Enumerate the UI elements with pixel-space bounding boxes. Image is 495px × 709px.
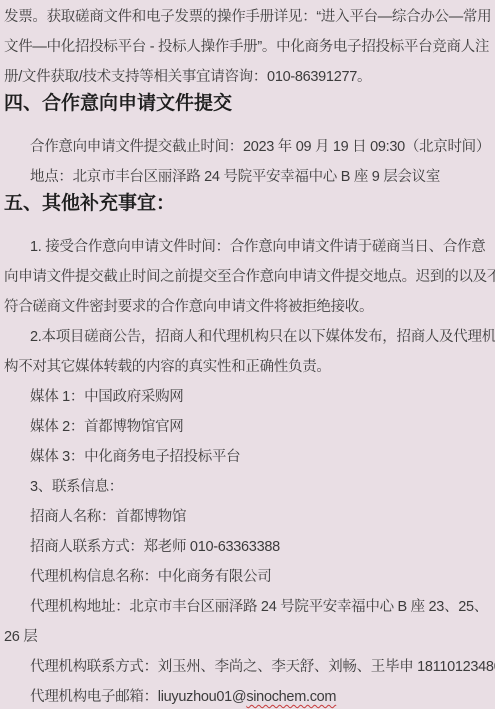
note-2-line-2: 构不对其它媒体转载的内容的真实性和正确性负责。	[4, 352, 491, 382]
note-1-line-2: 向申请文件提交截止时间之前提交至合作意向申请文件提交地点。迟到的以及不	[4, 262, 491, 292]
file-obtain-paragraph-line-2: 文件—中化招投标平台 - 投标人操作手册”。中化商务电子招投标平台竞商人注	[4, 32, 491, 62]
document-page: 发票。获取磋商文件和电子发票的操作手册详见：“进入平台—综合办公—常用 文件—中…	[0, 0, 495, 709]
submission-deadline-line: 合作意向申请文件提交截止时间：2023 年 09 月 19 日 09:30（北京…	[4, 132, 491, 162]
file-obtain-paragraph-line-3: 册/文件获取/技术支持等相关事宜请咨询：010-86391277。	[4, 62, 491, 92]
section-heading-5-supplementary: 五、其他补充事宜：	[4, 192, 491, 232]
agency-name-line: 代理机构信息名称：中化商务有限公司	[4, 562, 491, 592]
agency-email-domain-spellcheck: sinochem.com	[246, 689, 336, 705]
file-obtain-paragraph-line-1: 发票。获取磋商文件和电子发票的操作手册详见：“进入平台—综合办公—常用	[4, 2, 491, 32]
agency-contact-line: 代理机构联系方式：刘玉州、李尚之、李天舒、刘畅、王毕申 18110123480	[4, 652, 491, 682]
submission-location-line: 地点：北京市丰台区丽泽路 24 号院平安幸福中心 B 座 9 层会议室	[4, 162, 491, 192]
media-item-2: 媒体 2：首都博物馆官网	[4, 412, 491, 442]
contact-info-subheading: 3、联系信息：	[4, 472, 491, 502]
agency-email-line: 代理机构电子邮箱：liuyuzhou01@sinochem.com	[4, 682, 491, 709]
agency-address-line-1: 代理机构地址：北京市丰台区丽泽路 24 号院平安幸福中心 B 座 23、25、	[4, 592, 491, 622]
note-1-line-3: 符合磋商文件密封要求的合作意向申请文件将被拒绝接收。	[4, 292, 491, 322]
agency-email-label-and-user: 代理机构电子邮箱：liuyuzhou01@	[30, 689, 246, 705]
section-heading-4-submission: 四、合作意向申请文件提交	[4, 92, 491, 132]
note-2-line-1: 2.本项目磋商公告，招商人和代理机构只在以下媒体发布，招商人及代理机	[4, 322, 491, 352]
media-item-1: 媒体 1：中国政府采购网	[4, 382, 491, 412]
note-1-line-1: 1. 接受合作意向申请文件时间：合作意向申请文件请于磋商当日、合作意	[4, 232, 491, 262]
agency-address-line-2: 26 层	[4, 622, 491, 652]
tenderee-contact-line: 招商人联系方式：郑老师 010-63363388	[4, 532, 491, 562]
media-item-3: 媒体 3：中化商务电子招投标平台	[4, 442, 491, 472]
tenderee-name-line: 招商人名称：首都博物馆	[4, 502, 491, 532]
